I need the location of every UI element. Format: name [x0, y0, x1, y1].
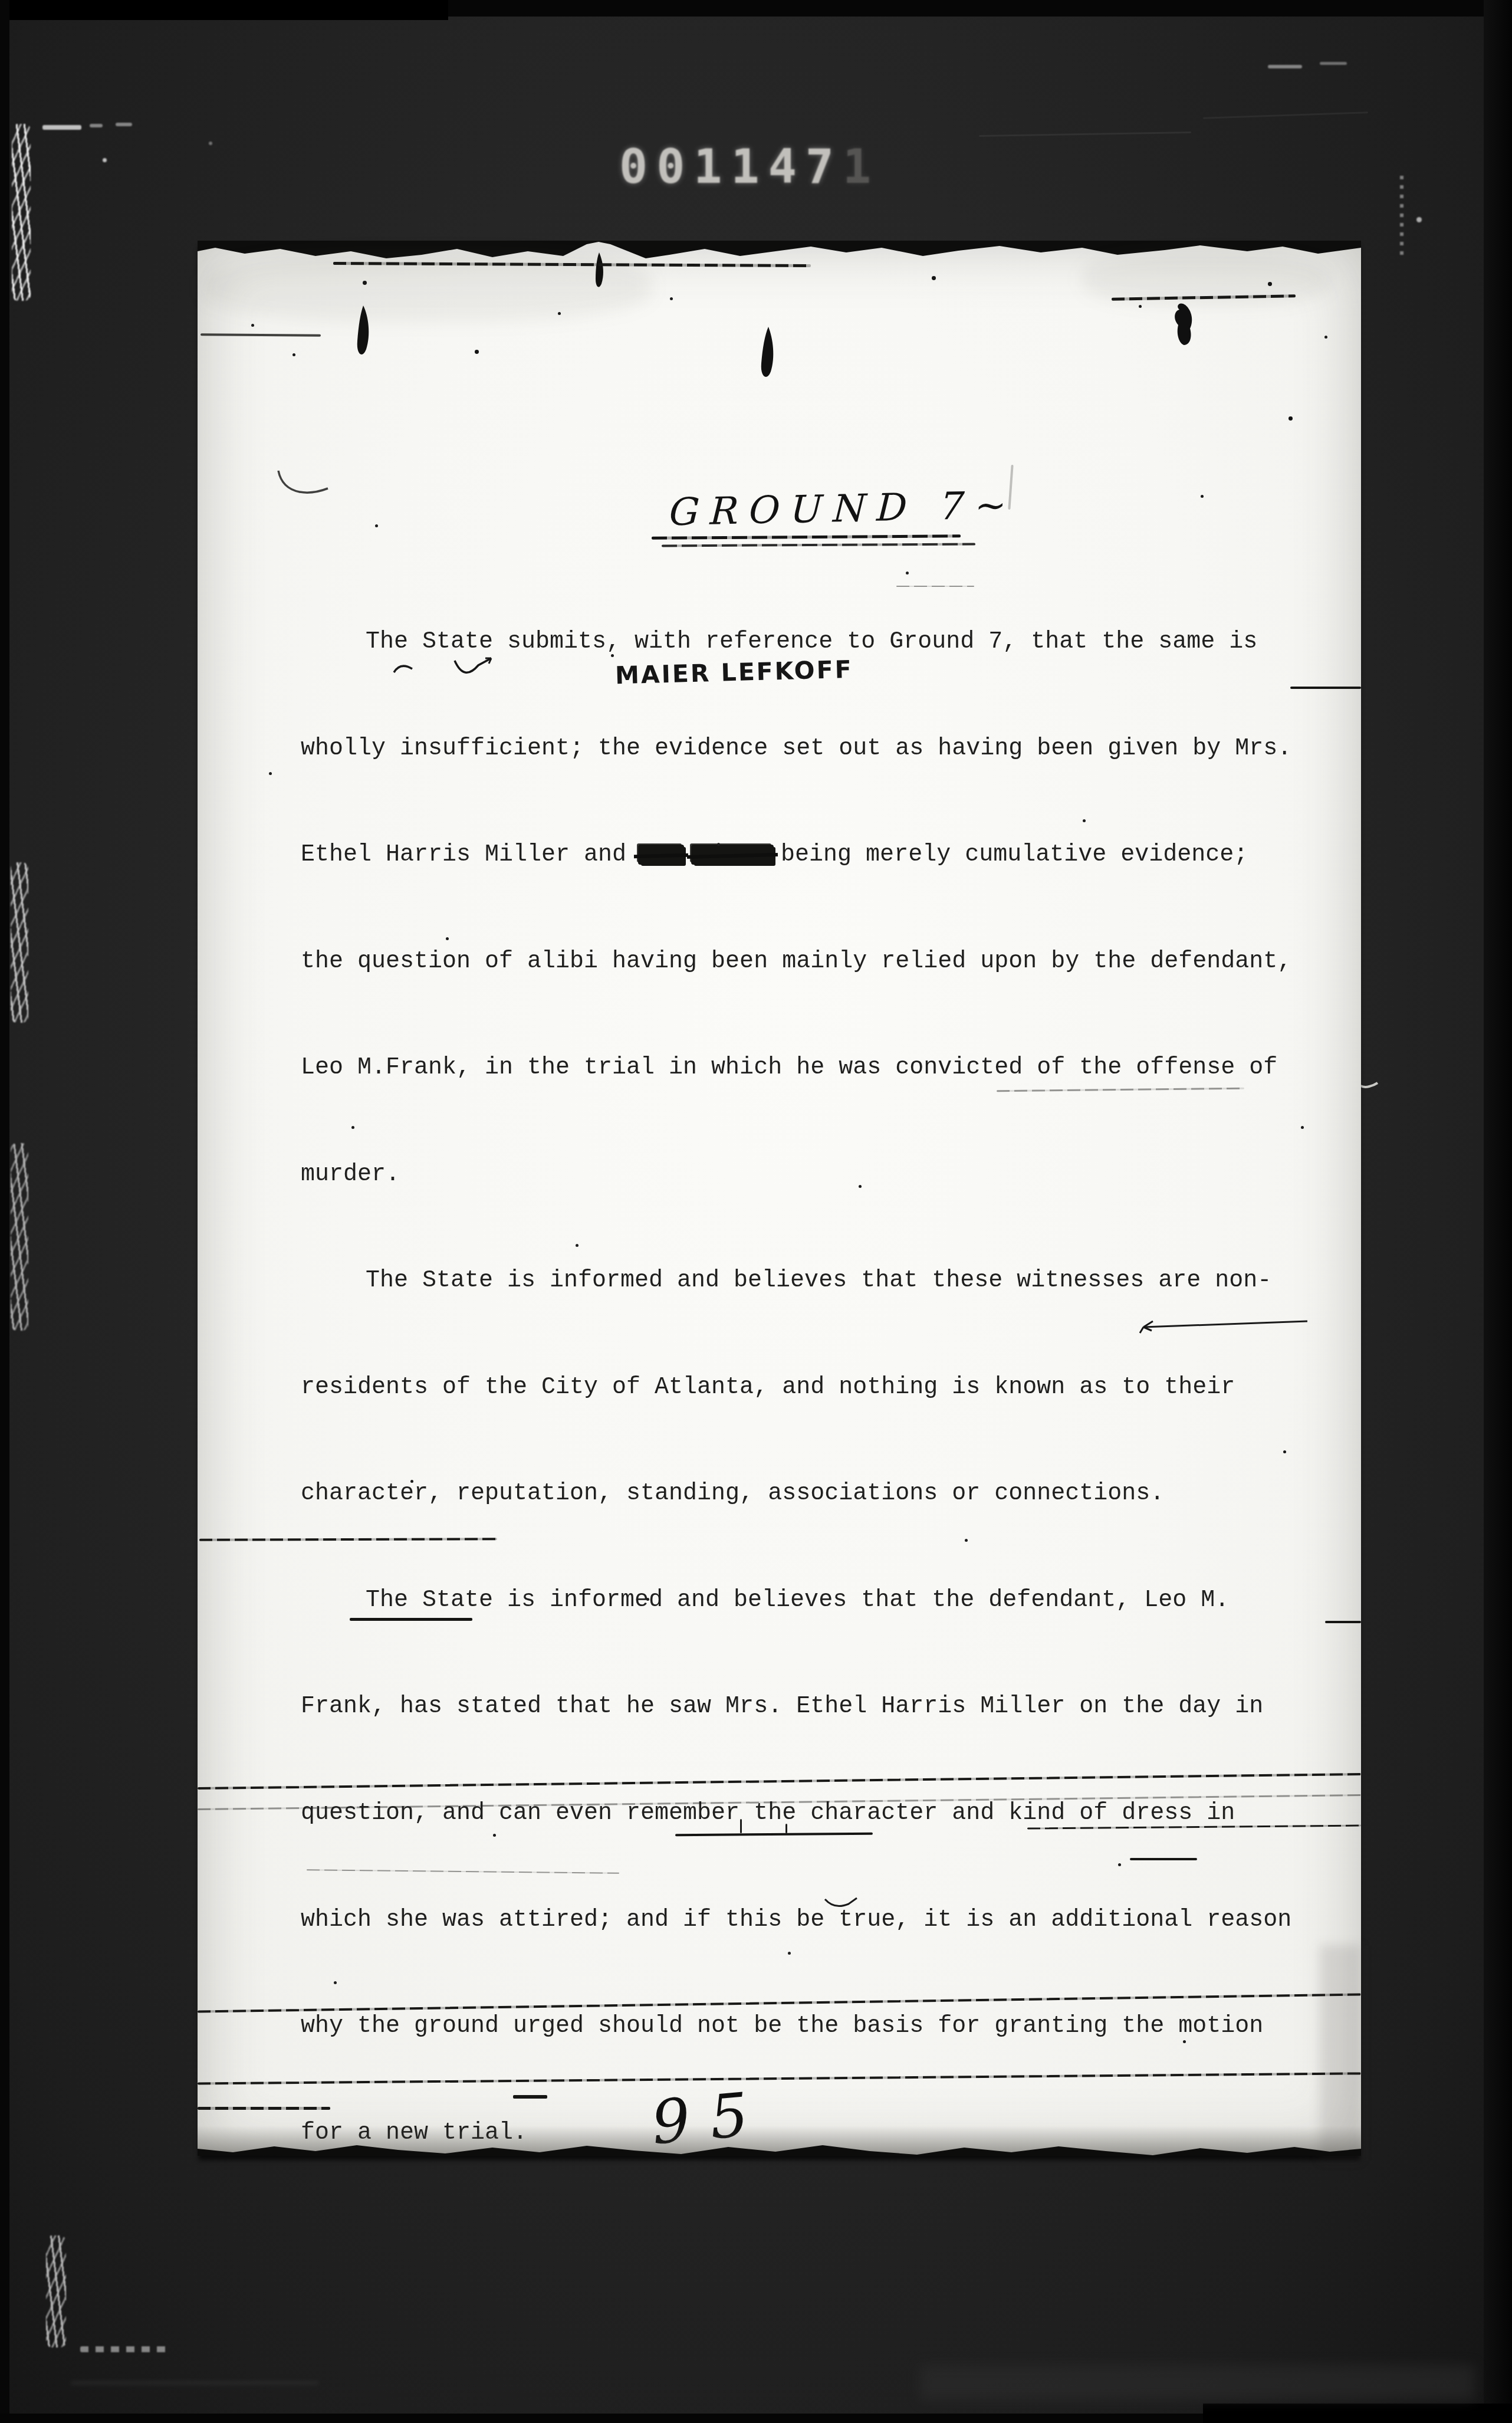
film-scratch-mark	[209, 142, 212, 145]
film-scratch-mark	[1320, 62, 1347, 65]
struck-out-word	[638, 845, 684, 865]
film-faint-scratch	[979, 132, 1191, 137]
typed-line-with-strikeout: Ethel Harris Miller andbeing merely cumu…	[301, 829, 1339, 882]
scratch-line	[198, 2107, 330, 2110]
ground-heading: GROUND 7~	[668, 484, 1018, 534]
typed-line: The State is informed and believes that …	[301, 1255, 1339, 1308]
film-edge-marking	[12, 124, 31, 301]
scratch-line	[200, 333, 321, 336]
typed-line: murder.	[301, 1148, 1339, 1202]
typed-line: character, reputation, standing, associa…	[301, 1467, 1339, 1521]
film-scratch-mark	[1416, 217, 1422, 222]
pencil-curve-mark	[276, 468, 330, 498]
microfilm-background: 0011471 GROUND 7~	[0, 0, 1512, 2423]
margin-arrow	[1135, 1316, 1312, 1337]
typed-line: which she was attired; and if this be tr…	[301, 1894, 1339, 1948]
film-scratch-mark	[116, 123, 132, 126]
heading-underline	[662, 543, 975, 547]
scratch-line	[350, 1618, 472, 1621]
stamp-faint-digit: 1	[843, 139, 880, 194]
scratch-line	[1130, 1858, 1197, 1860]
film-edge-marking	[11, 1143, 28, 1331]
stamp-digits: 001147	[619, 139, 843, 194]
scratch-line	[513, 2095, 547, 2099]
typed-line: Frank, has stated that he saw Mrs. Ethel…	[301, 1680, 1339, 1734]
typed-line: the question of alibi having been mainly…	[301, 935, 1339, 989]
film-frame-number-stamp: 0011471	[619, 139, 880, 194]
film-scratch-mark	[42, 125, 81, 130]
film-left-edge	[0, 0, 9, 2423]
film-edge-marking	[11, 862, 28, 1023]
scratch-line	[1325, 1621, 1361, 1623]
film-faint-smudge	[71, 2381, 318, 2385]
typed-line: wholly insufficient; the evidence set ou…	[301, 723, 1339, 776]
film-faint-scratch	[1203, 111, 1368, 119]
typed-line-post: being merely cumulative evidence;	[781, 842, 1248, 868]
page-bottom-ragged-edge	[198, 2140, 1361, 2156]
film-faint-smudge	[920, 2365, 1474, 2401]
typed-text-block: The State submits, with reference to Gro…	[301, 563, 1339, 2213]
film-edge-marking	[46, 2235, 66, 2348]
typed-line: residents of the City of Atlanta, and no…	[301, 1361, 1339, 1415]
document-page: GROUND 7~ The State submits, with refere…	[198, 241, 1361, 2156]
ink-blob	[757, 327, 778, 381]
film-scratch-mark	[80, 2346, 172, 2352]
film-bottom-right-corner	[1203, 2404, 1512, 2423]
scratch-tick	[740, 1819, 742, 1833]
ink-blob	[591, 252, 607, 290]
ink-blob	[1173, 301, 1194, 349]
caret-mark	[392, 661, 416, 676]
scratch-line	[1290, 687, 1361, 689]
typed-line: Leo M.Frank, in the trial in which he wa…	[301, 1042, 1339, 1095]
film-scratch-mark	[103, 158, 107, 162]
ink-blob	[353, 306, 373, 359]
film-top-band-left	[0, 0, 448, 20]
dust-specks	[198, 241, 199, 242]
typed-line-pre: Ethel Harris Miller and	[301, 842, 626, 868]
scratch-tick	[785, 1824, 787, 1833]
film-right-edge	[1484, 0, 1512, 2423]
film-scratch-mark	[1268, 65, 1302, 68]
pen-curve-mark	[823, 1896, 860, 1910]
film-scratch-mark	[90, 124, 103, 127]
film-sprocket-ghost	[1400, 176, 1403, 258]
insertion-check-arrow	[452, 655, 499, 683]
struck-out-word	[691, 845, 774, 865]
heading-underline	[652, 534, 961, 540]
